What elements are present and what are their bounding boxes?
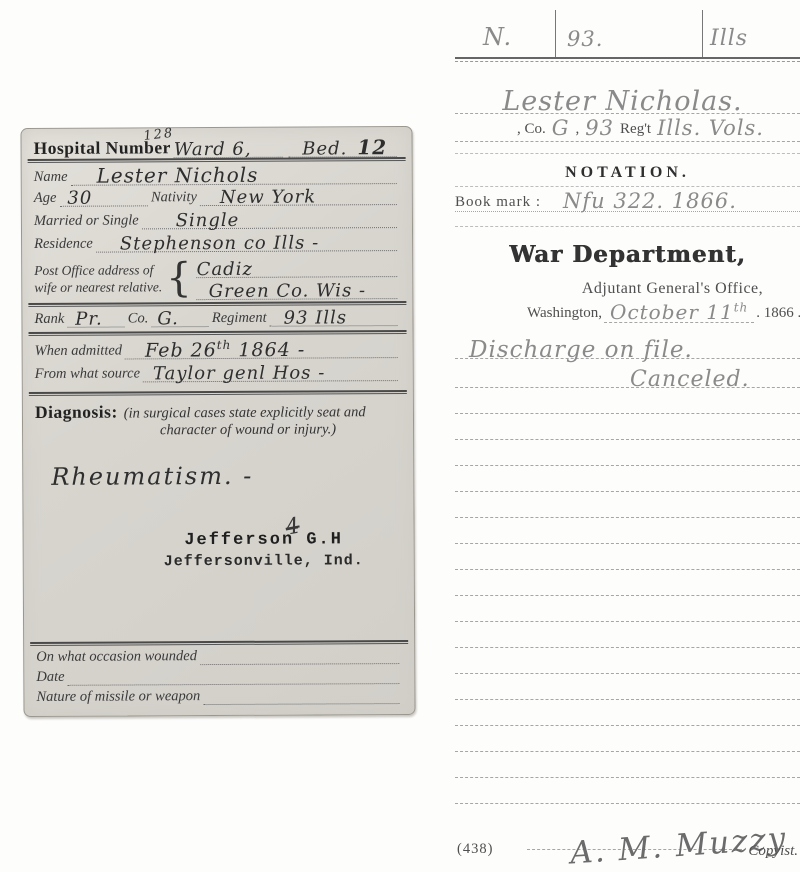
- date-field: October 11th: [604, 298, 754, 323]
- company-value: G: [552, 116, 570, 140]
- blank-ruled-lines: [455, 414, 800, 804]
- source-label: From what source: [35, 365, 140, 383]
- regiment-value: 93 Ills: [284, 307, 348, 328]
- source-field: Taylor genl Hos -: [143, 358, 398, 382]
- blank-ruled-line: [455, 700, 800, 726]
- header-divider: [702, 10, 703, 57]
- washington-date-row: Washington, October 11th . 1866 .: [455, 298, 800, 328]
- blank-ruled-line: [455, 544, 800, 570]
- brace-glyph: {: [166, 255, 192, 301]
- ward-value: Ward 6,: [174, 139, 252, 160]
- company-field: G.: [151, 306, 209, 327]
- married-field: Single: [142, 205, 397, 229]
- admitted-label: When admitted: [35, 343, 122, 360]
- admitted-sup: th: [217, 338, 232, 352]
- signature-block: (438) A. M. Muzzy Copyist.: [455, 804, 800, 866]
- canceled-note-row: Canceled.: [455, 359, 800, 388]
- age-row: Age 30 Nativity New York: [22, 184, 412, 207]
- married-label: Married or Single: [34, 212, 139, 230]
- rank-row: Rank Pr. Co. G. Regiment 93 Ills: [22, 305, 412, 328]
- bed-field: Bed. 12: [288, 130, 396, 158]
- admitted-year: 1864 -: [231, 339, 305, 361]
- po-address-fields: Cadiz Green Co. Wis -: [194, 255, 401, 300]
- comma: ,: [576, 121, 580, 138]
- diagnosis-note-line1: (in surgical cases state explicitly seat…: [124, 404, 366, 422]
- bookmark-row: Book mark : Nfu 322. 1866.: [455, 187, 800, 212]
- diagnosis-heading: Diagnosis: (in surgical cases state expl…: [35, 400, 401, 423]
- age-label: Age: [34, 190, 57, 207]
- war-department-title: War Department,: [509, 241, 746, 268]
- ward-field: Ward 6,: [174, 131, 282, 159]
- rank-field: Pr.: [67, 306, 125, 327]
- scanned-document-page: Hospital Number 128 Ward 6, Bed. 12 Name…: [0, 0, 800, 872]
- admitted-day: Feb 26: [145, 339, 217, 361]
- regiment-field: 93 Ills: [270, 305, 398, 327]
- spacer: [24, 569, 414, 642]
- blank-ruled-line: [455, 674, 800, 700]
- war-department-row: War Department,: [455, 227, 800, 271]
- blank-ruled-line: [455, 492, 800, 518]
- bed-word: Bed.: [302, 138, 347, 159]
- age-value: 30: [67, 188, 92, 209]
- source-value: Taylor genl Hos -: [153, 362, 325, 384]
- company-prefix: , Co.: [517, 121, 546, 138]
- residence-label: Residence: [34, 236, 93, 253]
- blank-ruled-line: [455, 388, 800, 414]
- bookmark-value: Nfu 322. 1866.: [563, 189, 737, 213]
- hospital-number-label: Hospital Number 128: [34, 137, 171, 159]
- residence-field: Stephenson co Ills -: [96, 228, 397, 253]
- name-value: Lester Nichols: [96, 163, 258, 188]
- nativity-field: New York: [200, 184, 397, 206]
- missile-field: [203, 684, 399, 705]
- wounded-field: [200, 644, 399, 665]
- notation-heading-row: NOTATION.: [455, 154, 800, 187]
- header-rule: [455, 57, 800, 59]
- name-field: Lester Nichols: [70, 161, 396, 186]
- bed-number: 12: [357, 135, 387, 159]
- po-address-label-line1: Post Office address of: [34, 261, 162, 279]
- blank-ruled-line: [455, 466, 800, 492]
- date-value: October 11th: [610, 300, 748, 324]
- index-header: N. 93. Ills: [455, 8, 800, 57]
- blank-ruled-line: [455, 752, 800, 778]
- wounded-row: On what occasion wounded: [24, 644, 414, 666]
- rank-label: Rank: [34, 311, 64, 328]
- po-address-label-line2: wife or nearest relative.: [34, 278, 162, 296]
- notation-title: NOTATION.: [565, 164, 690, 186]
- po-field-line2: Green Co. Wis -: [197, 277, 398, 300]
- missile-label: Nature of missile or weapon: [36, 688, 200, 706]
- hospital-number-row: Hospital Number 128 Ward 6, Bed. 12: [21, 130, 411, 159]
- company-label: Co.: [128, 310, 149, 327]
- blank-ruled-line: [455, 212, 800, 227]
- stamp-hospital-place: Jeffersonville, Ind.: [114, 552, 414, 571]
- diagnosis-entry: Rheumatism. -: [51, 458, 413, 488]
- blank-ruled-line: [455, 596, 800, 622]
- blank-ruled-line: [455, 778, 800, 804]
- blank-ruled-line: [455, 648, 800, 674]
- source-row: From what source Taylor genl Hos -: [23, 358, 413, 383]
- blank-ruled-line: [455, 570, 800, 596]
- notation-slip: N. 93. Ills Lester Nicholas. , Co. G , 9…: [455, 0, 800, 872]
- soldier-name-row: Lester Nicholas.: [455, 62, 800, 114]
- po-address-row: Post Office address of wife or nearest r…: [22, 251, 412, 303]
- company-value: G.: [157, 308, 179, 329]
- wounded-label: On what occasion wounded: [36, 648, 197, 666]
- blank-ruled-line: [455, 726, 800, 752]
- index-regiment: 93.: [567, 27, 603, 51]
- date-label: Date: [36, 669, 64, 686]
- po-value-line2: Green Co. Wis -: [209, 280, 366, 302]
- date-row: Date: [24, 664, 414, 686]
- diagnosis-label: Diagnosis:: [35, 402, 118, 423]
- residence-row: Residence Stephenson co Ills -: [22, 228, 412, 253]
- page-number: (438): [457, 841, 493, 858]
- adjutant-office-line: Adjutant General's Office,: [582, 280, 763, 298]
- diagnosis-block: Diagnosis: (in surgical cases state expl…: [23, 394, 413, 440]
- admitted-row: When admitted Feb 26th 1864 -: [23, 334, 413, 360]
- married-row: Married or Single Single: [22, 205, 412, 230]
- name-label: Name: [34, 169, 68, 186]
- date-day: October 11: [610, 300, 734, 324]
- year-value: . 1866 .: [756, 305, 800, 322]
- residence-value: Stephenson co Ills -: [120, 232, 319, 254]
- regiment-value: 93: [585, 116, 614, 140]
- stamp-hospital-name: Jefferson G.H: [114, 530, 414, 551]
- wound-section: On what occasion wounded Date Nature of …: [24, 644, 414, 706]
- name-row: Name Lester Nichols: [22, 161, 412, 186]
- diagnosis-value: Rheumatism. -: [51, 462, 253, 491]
- blank-ruled-line: [455, 414, 800, 440]
- copyist-label: Copyist.: [748, 843, 798, 860]
- state-volunteers: Ills. Vols.: [657, 116, 764, 140]
- regiment-label: Regiment: [212, 310, 267, 327]
- po-address-label: Post Office address of wife or nearest r…: [34, 261, 162, 296]
- nativity-label: Nativity: [151, 189, 197, 206]
- blank-ruled-line: [455, 622, 800, 648]
- index-state: Ills: [710, 26, 748, 51]
- diagnosis-note-line2: character of wound or injury.): [35, 421, 401, 440]
- soldier-name: Lester Nicholas.: [502, 86, 742, 117]
- missile-row: Nature of missile or weapon: [24, 684, 414, 706]
- company-regiment-row: , Co. G , 93 Reg't Ills. Vols.: [455, 114, 800, 142]
- admitted-field: Feb 26th 1864 -: [125, 334, 398, 359]
- blank-ruled-line: [455, 142, 800, 154]
- header-divider: [555, 10, 556, 57]
- date-field: [67, 664, 399, 686]
- washington-label: Washington,: [527, 305, 602, 322]
- bookmark-label: Book mark :: [455, 194, 541, 211]
- date-sup: th: [734, 300, 749, 314]
- adjutant-office-row: Adjutant General's Office,: [455, 271, 800, 298]
- index-initial: N.: [483, 23, 512, 51]
- rank-value: Pr.: [75, 309, 103, 330]
- hospital-card: Hospital Number 128 Ward 6, Bed. 12 Name…: [20, 126, 415, 717]
- regiment-suffix: Reg't: [620, 121, 651, 138]
- po-field-line1: Cadiz: [197, 255, 398, 278]
- blank-ruled-line: [455, 440, 800, 466]
- age-field: 30: [59, 185, 148, 206]
- hospital-stamp: 4 Jefferson G.H Jeffersonville, Ind.: [24, 530, 414, 571]
- blank-ruled-line: [455, 518, 800, 544]
- discharge-note-row: Discharge on file.: [455, 328, 800, 359]
